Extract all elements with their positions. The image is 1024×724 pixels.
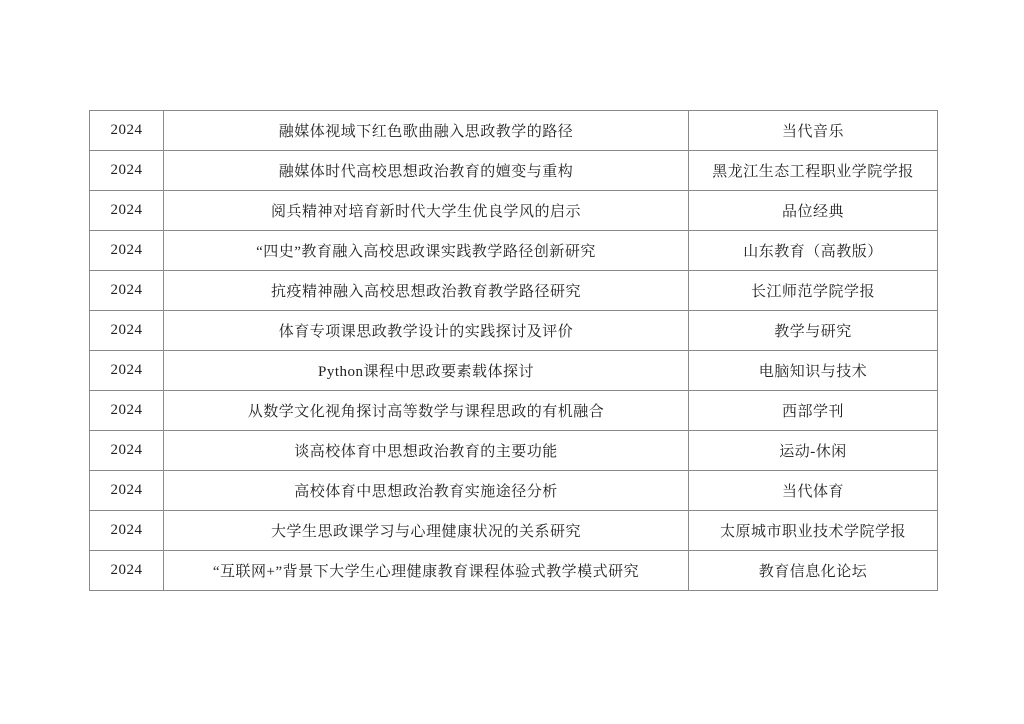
- table-row: 2024 “四史”教育融入高校思政课实践教学路径创新研究 山东教育（高教版）: [90, 231, 938, 271]
- title-cell: 高校体育中思想政治教育实施途径分析: [164, 471, 689, 511]
- journal-cell: 长江师范学院学报: [689, 271, 938, 311]
- year-cell: 2024: [90, 511, 164, 551]
- journal-cell: 当代体育: [689, 471, 938, 511]
- table-row: 2024 Python课程中思政要素载体探讨 电脑知识与技术: [90, 351, 938, 391]
- title-cell: 阅兵精神对培育新时代大学生优良学风的启示: [164, 191, 689, 231]
- journal-cell: 电脑知识与技术: [689, 351, 938, 391]
- journal-cell: 黑龙江生态工程职业学院学报: [689, 151, 938, 191]
- journal-cell: 当代音乐: [689, 111, 938, 151]
- journal-cell: 运动-休闲: [689, 431, 938, 471]
- table-row: 2024 高校体育中思想政治教育实施途径分析 当代体育: [90, 471, 938, 511]
- year-cell: 2024: [90, 111, 164, 151]
- title-cell: 融媒体视域下红色歌曲融入思政教学的路径: [164, 111, 689, 151]
- title-cell: Python课程中思政要素载体探讨: [164, 351, 689, 391]
- journal-cell: 品位经典: [689, 191, 938, 231]
- year-cell: 2024: [90, 311, 164, 351]
- document-page: 2024 融媒体视域下红色歌曲融入思政教学的路径 当代音乐 2024 融媒体时代…: [0, 0, 1024, 724]
- table-row: 2024 抗疫精神融入高校思想政治教育教学路径研究 长江师范学院学报: [90, 271, 938, 311]
- title-cell: “四史”教育融入高校思政课实践教学路径创新研究: [164, 231, 689, 271]
- year-cell: 2024: [90, 351, 164, 391]
- table-row: 2024 大学生思政课学习与心理健康状况的关系研究 太原城市职业技术学院学报: [90, 511, 938, 551]
- table-row: 2024 谈高校体育中思想政治教育的主要功能 运动-休闲: [90, 431, 938, 471]
- table-row: 2024 阅兵精神对培育新时代大学生优良学风的启示 品位经典: [90, 191, 938, 231]
- title-cell: 从数学文化视角探讨高等数学与课程思政的有机融合: [164, 391, 689, 431]
- year-cell: 2024: [90, 271, 164, 311]
- year-cell: 2024: [90, 431, 164, 471]
- journal-cell: 太原城市职业技术学院学报: [689, 511, 938, 551]
- year-cell: 2024: [90, 551, 164, 591]
- year-cell: 2024: [90, 151, 164, 191]
- year-cell: 2024: [90, 231, 164, 271]
- journal-cell: 山东教育（高教版）: [689, 231, 938, 271]
- journal-cell: 西部学刊: [689, 391, 938, 431]
- title-cell: 融媒体时代高校思想政治教育的嬗变与重构: [164, 151, 689, 191]
- title-cell: “互联网+”背景下大学生心理健康教育课程体验式教学模式研究: [164, 551, 689, 591]
- title-cell: 抗疫精神融入高校思想政治教育教学路径研究: [164, 271, 689, 311]
- year-cell: 2024: [90, 471, 164, 511]
- table-row: 2024 从数学文化视角探讨高等数学与课程思政的有机融合 西部学刊: [90, 391, 938, 431]
- year-cell: 2024: [90, 391, 164, 431]
- journal-cell: 教育信息化论坛: [689, 551, 938, 591]
- title-cell: 谈高校体育中思想政治教育的主要功能: [164, 431, 689, 471]
- publications-table: 2024 融媒体视域下红色歌曲融入思政教学的路径 当代音乐 2024 融媒体时代…: [89, 110, 938, 591]
- table-row: 2024 融媒体时代高校思想政治教育的嬗变与重构 黑龙江生态工程职业学院学报: [90, 151, 938, 191]
- table-row: 2024 “互联网+”背景下大学生心理健康教育课程体验式教学模式研究 教育信息化…: [90, 551, 938, 591]
- table-row: 2024 体育专项课思政教学设计的实践探讨及评价 教学与研究: [90, 311, 938, 351]
- title-cell: 体育专项课思政教学设计的实践探讨及评价: [164, 311, 689, 351]
- title-cell: 大学生思政课学习与心理健康状况的关系研究: [164, 511, 689, 551]
- journal-cell: 教学与研究: [689, 311, 938, 351]
- year-cell: 2024: [90, 191, 164, 231]
- table-row: 2024 融媒体视域下红色歌曲融入思政教学的路径 当代音乐: [90, 111, 938, 151]
